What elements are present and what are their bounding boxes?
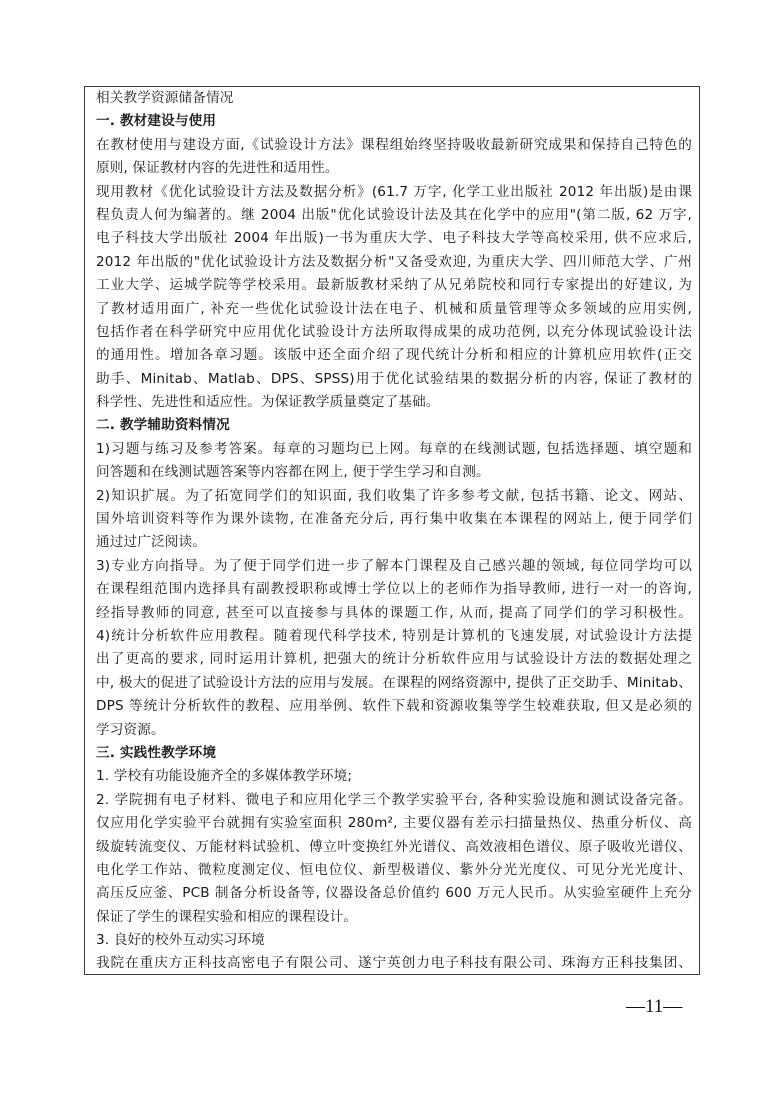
paragraph-line: 中, 极大的促进了试验设计方法的应用与发展。在课程的网络资源中, 提供了正交助手… <box>96 672 692 695</box>
paragraph-line: 助手、Minitab、Matlab、DPS、SPSS)用于优化试验结果的数据分析… <box>96 368 692 391</box>
paragraph-line: 原则, 保证教材内容的先进性和适用性。 <box>96 157 692 180</box>
page-number: —11— <box>626 996 682 1018</box>
paragraph-line: 学习资源。 <box>96 719 692 742</box>
section-heading: 二. 教学辅助资料情况 <box>96 414 692 437</box>
paragraph-line: 在课程组范围内选择具有副教授职称或博士学位以上的老师作为指导教师, 进行一对一的… <box>96 578 692 601</box>
paragraph-line: 电子科技大学出版社 2004 年出版)一书为重庆大学、电子科技大学等高校采用, … <box>96 227 692 250</box>
paragraph-line: 2. 学院拥有电子材料、微电子和应用化学三个教学实验平台, 各种实验设施和测试设… <box>96 789 692 812</box>
paragraph-line: 2)知识扩展。为了拓宽同学们的知识面, 我们收集了许多参考文献, 包括书籍、论文… <box>96 485 692 508</box>
paragraph-line: 通过过广泛阅读。 <box>96 531 692 554</box>
paragraph-line: 的通用性。增加各章习题。该版中还全面介绍了现代统计分析和相应的计算机应用软件(正… <box>96 344 692 367</box>
paragraph-line: 我院在重庆方正科技高密电子有限公司、遂宁英创力电子科技有限公司、珠海方正科技集团… <box>96 952 692 975</box>
paragraph-line: 经指导教师的同意, 甚至可以直接参与具体的课题工作, 从而, 提高了同学们的学习… <box>96 602 692 625</box>
section-heading: 三. 实践性教学环境 <box>96 742 692 765</box>
paragraph-line: 高压反应釜、PCB 制备分析设备等, 仪器设备总价值约 600 万元人民币。从实… <box>96 882 692 905</box>
paragraph-line: 科学性、先进性和适应性。为保证教学质量奠定了基础。 <box>96 391 692 414</box>
paragraph-line: 在教材使用与建设方面,《试验设计方法》课程组始终坚持吸收最新研究成果和保持自己特… <box>96 134 692 157</box>
document-body: 相关教学资源储备情况一. 教材建设与使用在教材使用与建设方面,《试验设计方法》课… <box>96 87 692 976</box>
paragraph-line: 现用教材《优化试验设计方法及数据分析》(61.7 万字, 化学工业出版社 201… <box>96 181 692 204</box>
table-cell-title: 相关教学资源储备情况 <box>96 87 692 110</box>
paragraph-line: 了教材适用面广, 补充一些优化试验设计法在电子、机械和质量管理等众多领域的应用实… <box>96 298 692 321</box>
paragraph-line: 工业大学、运城学院等学校采用。最新版教材采纳了从兄弟院校和同行专家提出的好建议,… <box>96 274 692 297</box>
paragraph-line: 仅应用化学实验平台就拥有实验室面积 280m², 主要仪器有差示扫描量热仪、热重… <box>96 812 692 835</box>
paragraph-line: 3)专业方向指导。为了便于同学们进一步了解本门课程及自己感兴趣的领域, 每位同学… <box>96 555 692 578</box>
paragraph-line: 国外培训资料等作为课外读物, 在准备充分后, 再行集中收集在本课程的网站上, 便… <box>96 508 692 531</box>
paragraph-line: 保证了学生的课程实验和相应的课程设计。 <box>96 906 692 929</box>
paragraph-line: DPS 等统计分析软件的教程、应用举例、软件下载和资源收集等学生较难获取, 但又… <box>96 695 692 718</box>
paragraph-line: 1)习题与练习及参考答案。每章的习题均已上网。每章的在线测试题, 包括选择题、填… <box>96 438 692 461</box>
paragraph-line: 问答题和在线测试题答案等内容都在网上, 便于学生学习和自测。 <box>96 461 692 484</box>
paragraph-line: 4)统计分析软件应用教程。随着现代科学技术, 特别是计算机的飞速发展, 对试验设… <box>96 625 692 648</box>
paragraph-line: 3. 良好的校外互动实习环境 <box>96 929 692 952</box>
paragraph-line: 电化学工作站、微粒度测定仪、恒电位仪、新型极谱仪、紫外分光光度仪、可见分光光度计… <box>96 859 692 882</box>
paragraph-line: 2012 年出版的"优化试验设计方法及数据分析"又备受欢迎, 为重庆大学、四川师… <box>96 251 692 274</box>
paragraph-line: 级旋转流变仪、万能材料试验机、傅立叶变换红外光谱仪、高效液相色谱仪、原子吸收光谱… <box>96 836 692 859</box>
paragraph-line: 程负责人何为编著的。继 2004 出版"优化试验设计法及其在化学中的应用"(第二… <box>96 204 692 227</box>
paragraph-line: 出了更高的要求, 同时运用计算机, 把强大的统计分析软件应用与试验设计方法的数据… <box>96 648 692 671</box>
section-heading: 一. 教材建设与使用 <box>96 110 692 133</box>
paragraph-line: 1. 学校有功能设施齐全的多媒体教学环境; <box>96 765 692 788</box>
paragraph-line: 包括作者在科学研究中应用优化试验设计方法所取得成果的成功范例, 以充分体现试验设… <box>96 321 692 344</box>
